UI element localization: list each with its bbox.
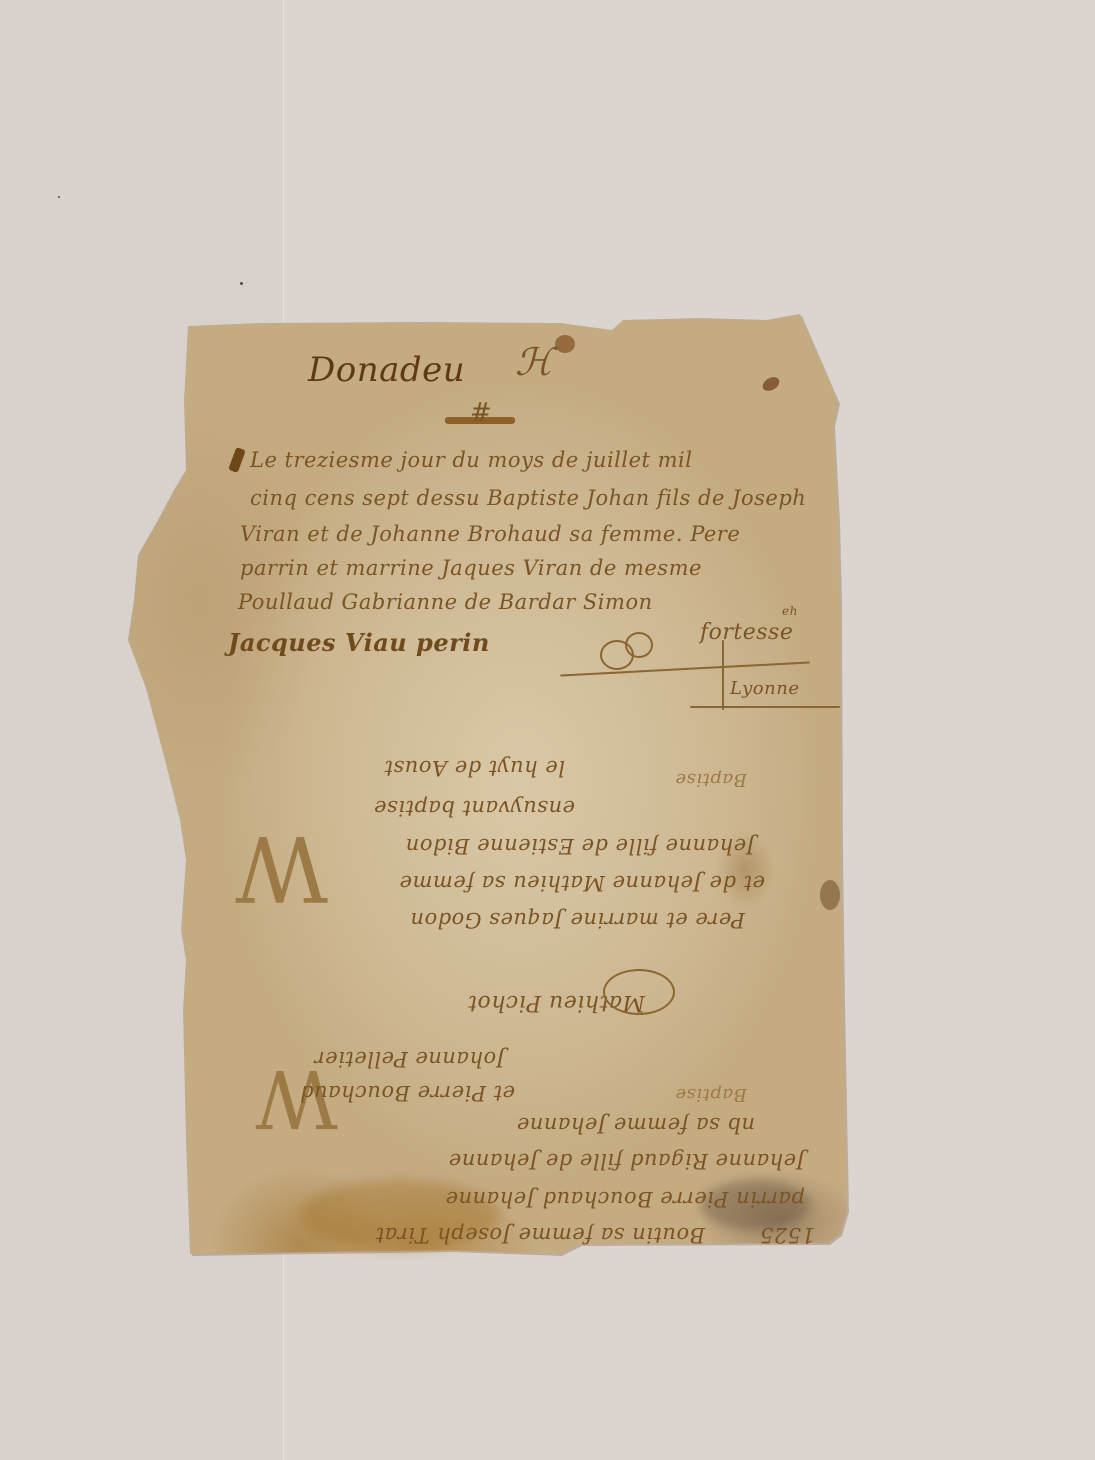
signature-flourish-loop — [603, 969, 675, 1015]
inverted-line: parrin Pierre Bouchaud Jehanne — [445, 1187, 805, 1211]
ink-blot — [555, 335, 575, 353]
inverted-line: Boutin sa femme Joseph Tirat — [375, 1223, 705, 1247]
signature-right-bottom: Lyonne — [730, 678, 799, 699]
inverted-line: Jehanne fille de Estienne Bidon — [405, 834, 755, 858]
paragraph-line: cinq cens sept dessu Baptiste Johan fils… — [250, 486, 806, 510]
signature-flourish-loop — [625, 632, 653, 658]
paragraph-line: Poullaud Gabrianne de Bardar Simon — [238, 590, 653, 614]
inverted-line: nb sa femme Jehanne — [516, 1113, 755, 1137]
inverted-initial: W — [235, 815, 328, 920]
dust-speck — [240, 282, 243, 285]
inverted-marginal-mark: Baptise — [675, 1084, 747, 1105]
signature-right-top: fortesse — [700, 620, 793, 645]
inverted-line: ensuyvant baptise — [374, 796, 575, 820]
paragraph-line: parrin et marrine Jaques Viran de mesme — [240, 556, 702, 580]
heading-flourish: ℋ — [515, 340, 553, 384]
heading-title: Donadeu — [308, 350, 465, 390]
signature-superscript: eh — [782, 604, 798, 618]
signature-underline — [690, 706, 840, 708]
inverted-entry-2: Mathieu Pichot W Baptise 1525 Boutin sa … — [185, 965, 845, 1255]
inverted-entry-1: W Baptise Pere et marrine Jaques Godon e… — [185, 710, 835, 940]
dust-speck — [58, 196, 60, 198]
inverted-line: Pere et marrine Jaques Godon — [410, 908, 745, 932]
inverted-line: et Pierre Bouchaud — [300, 1081, 515, 1105]
paragraph-line: Le treziesme jour du moys de juillet mil — [250, 448, 692, 472]
paragraph-line: Viran et de Johanne Brohaud sa femme. Pe… — [240, 522, 740, 546]
signature-vertical-stroke — [722, 640, 724, 710]
inverted-line: et de Jehanne Mathieu sa femme — [399, 871, 765, 895]
inverted-line: Johanne Pelletier — [314, 1047, 505, 1071]
inverted-line: Jehanne Rigaud fille de Jehanne — [448, 1149, 805, 1173]
signature-left: Jacques Viau perin — [228, 628, 490, 657]
inverted-marginal-mark: Baptise — [675, 769, 747, 790]
heading-mark: # — [470, 398, 492, 428]
inverted-line: le huyt de Aoust — [384, 756, 565, 780]
inverted-date: 1525 — [760, 1223, 815, 1247]
